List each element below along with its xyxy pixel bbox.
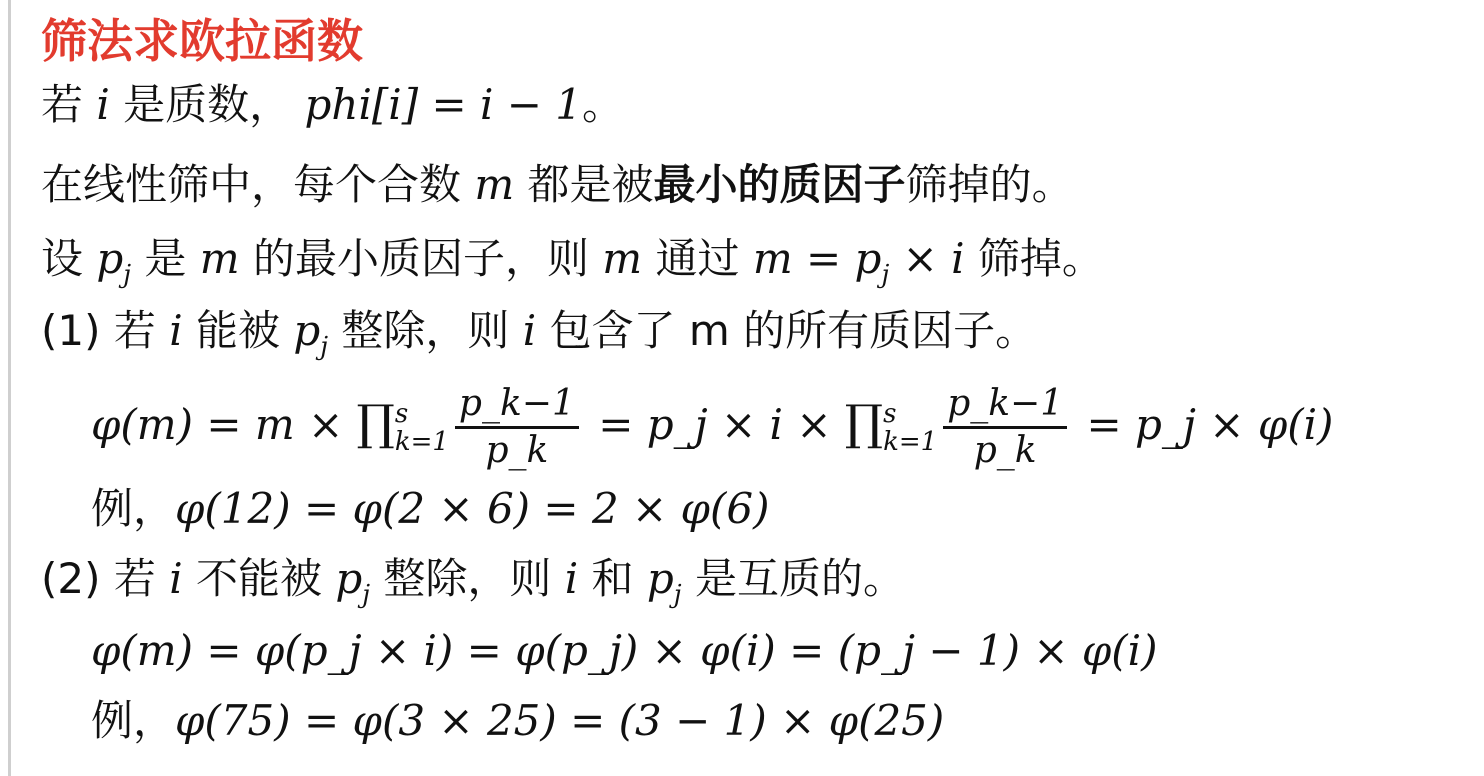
example-2: 例，φ(75) = φ(3 × 25) = (3 − 1) × φ(25) [91,694,944,748]
text: 都是被 [514,160,653,209]
formula: φ(12) = φ(2 × 6) = 2 × φ(6) [175,484,769,533]
formula: × i [889,234,964,283]
text: 筛掉的。 [906,160,1074,209]
text: 。 [582,80,624,129]
case-label: (1) [41,306,101,355]
formula: φ(m) = m × [91,400,357,449]
product-limits: sk=1 [883,400,937,456]
fraction: p_k−1p_k [943,382,1067,473]
lower-limit: k=1 [395,428,449,456]
formula: = p_j × i × [585,400,845,449]
phi-prime-formula: phi[i] = i − 1 [305,80,583,129]
text: 若 [101,306,170,355]
formula: m = p [753,234,882,283]
case-1-line: (1) 若 i 能被 pj 整除，则 i 包含了 m 的所有质因子。 [41,304,1037,358]
smallest-prime-line: 设 pj 是 m 的最小质因子，则 m 通过 m = pj × i 筛掉。 [41,232,1104,286]
var-p: p [96,234,123,283]
var-m: m [474,160,514,209]
var-p: p [335,554,362,603]
denominator: p_k [455,429,579,473]
text: 通过 [642,234,753,283]
case-2-line: (2) 若 i 不能被 pj 整除，则 i 和 pj 是互质的。 [41,552,905,606]
prime-case-line: 若 i 是质数， phi[i] = i − 1。 [41,78,624,132]
var-i: i [565,554,578,603]
product-symbol: ∏ [357,395,395,451]
example-label: 例， [91,696,175,745]
text: 若 [41,80,96,129]
text: 整除，则 [328,306,523,355]
text: 整除，则 [370,554,565,603]
example-1: 例，φ(12) = φ(2 × 6) = 2 × φ(6) [91,482,769,536]
sub-j: j [674,579,682,608]
var-i: i [169,306,182,355]
fraction: p_k−1p_k [455,382,579,473]
numerator: p_k−1 [455,382,579,429]
text: 是 [131,234,200,283]
var-i: i [523,306,536,355]
var-i: i [169,554,182,603]
var-p: p [647,554,674,603]
lower-limit: k=1 [883,428,937,456]
var-i: i [96,80,109,129]
slide-title: 筛法求欧拉函数 [41,14,363,68]
product-symbol: ∏ [845,395,883,451]
text: 若 [101,554,170,603]
upper-limit: s [395,400,449,428]
text: 是互质的。 [682,554,905,603]
var-m: m [602,234,642,283]
var-p: p [293,306,320,355]
text: 筛掉。 [965,234,1104,283]
text: 设 [41,234,96,283]
case-label: (2) [41,554,101,603]
slide-frame: 筛法求欧拉函数 若 i 是质数， phi[i] = i − 1。 在线性筛中，每… [8,0,1484,776]
sub-j: j [123,259,131,288]
text: 包含了 m 的所有质因子。 [536,306,1037,355]
text: 的最小质因子，则 [240,234,603,283]
upper-limit: s [883,400,937,428]
equation-2: φ(m) = φ(p_j × i) = φ(p_j) × φ(i) = (p_j… [91,624,1158,678]
bold-emphasis: 最小的质因子 [654,160,906,209]
text: 在线性筛中，每个合数 [41,160,474,209]
formula: φ(75) = φ(3 × 25) = (3 − 1) × φ(25) [175,696,944,745]
sub-j: j [320,331,328,360]
numerator: p_k−1 [943,382,1067,429]
text: 能被 [183,306,294,355]
text: 是质数， [110,80,291,129]
formula: φ(m) = φ(p_j × i) = φ(p_j) × φ(i) = (p_j… [91,626,1158,675]
var-m: m [200,234,240,283]
product-limits: sk=1 [395,400,449,456]
example-label: 例， [91,484,175,533]
equation-1: φ(m) = m × ∏sk=1p_k−1p_k = p_j × i × ∏sk… [91,378,1333,473]
linear-sieve-line: 在线性筛中，每个合数 m 都是被最小的质因子筛掉的。 [41,158,1074,212]
denominator: p_k [943,429,1067,473]
sub-j: j [362,579,370,608]
text: 不能被 [183,554,336,603]
text: 和 [578,554,647,603]
formula: = p_j × φ(i) [1073,400,1333,449]
